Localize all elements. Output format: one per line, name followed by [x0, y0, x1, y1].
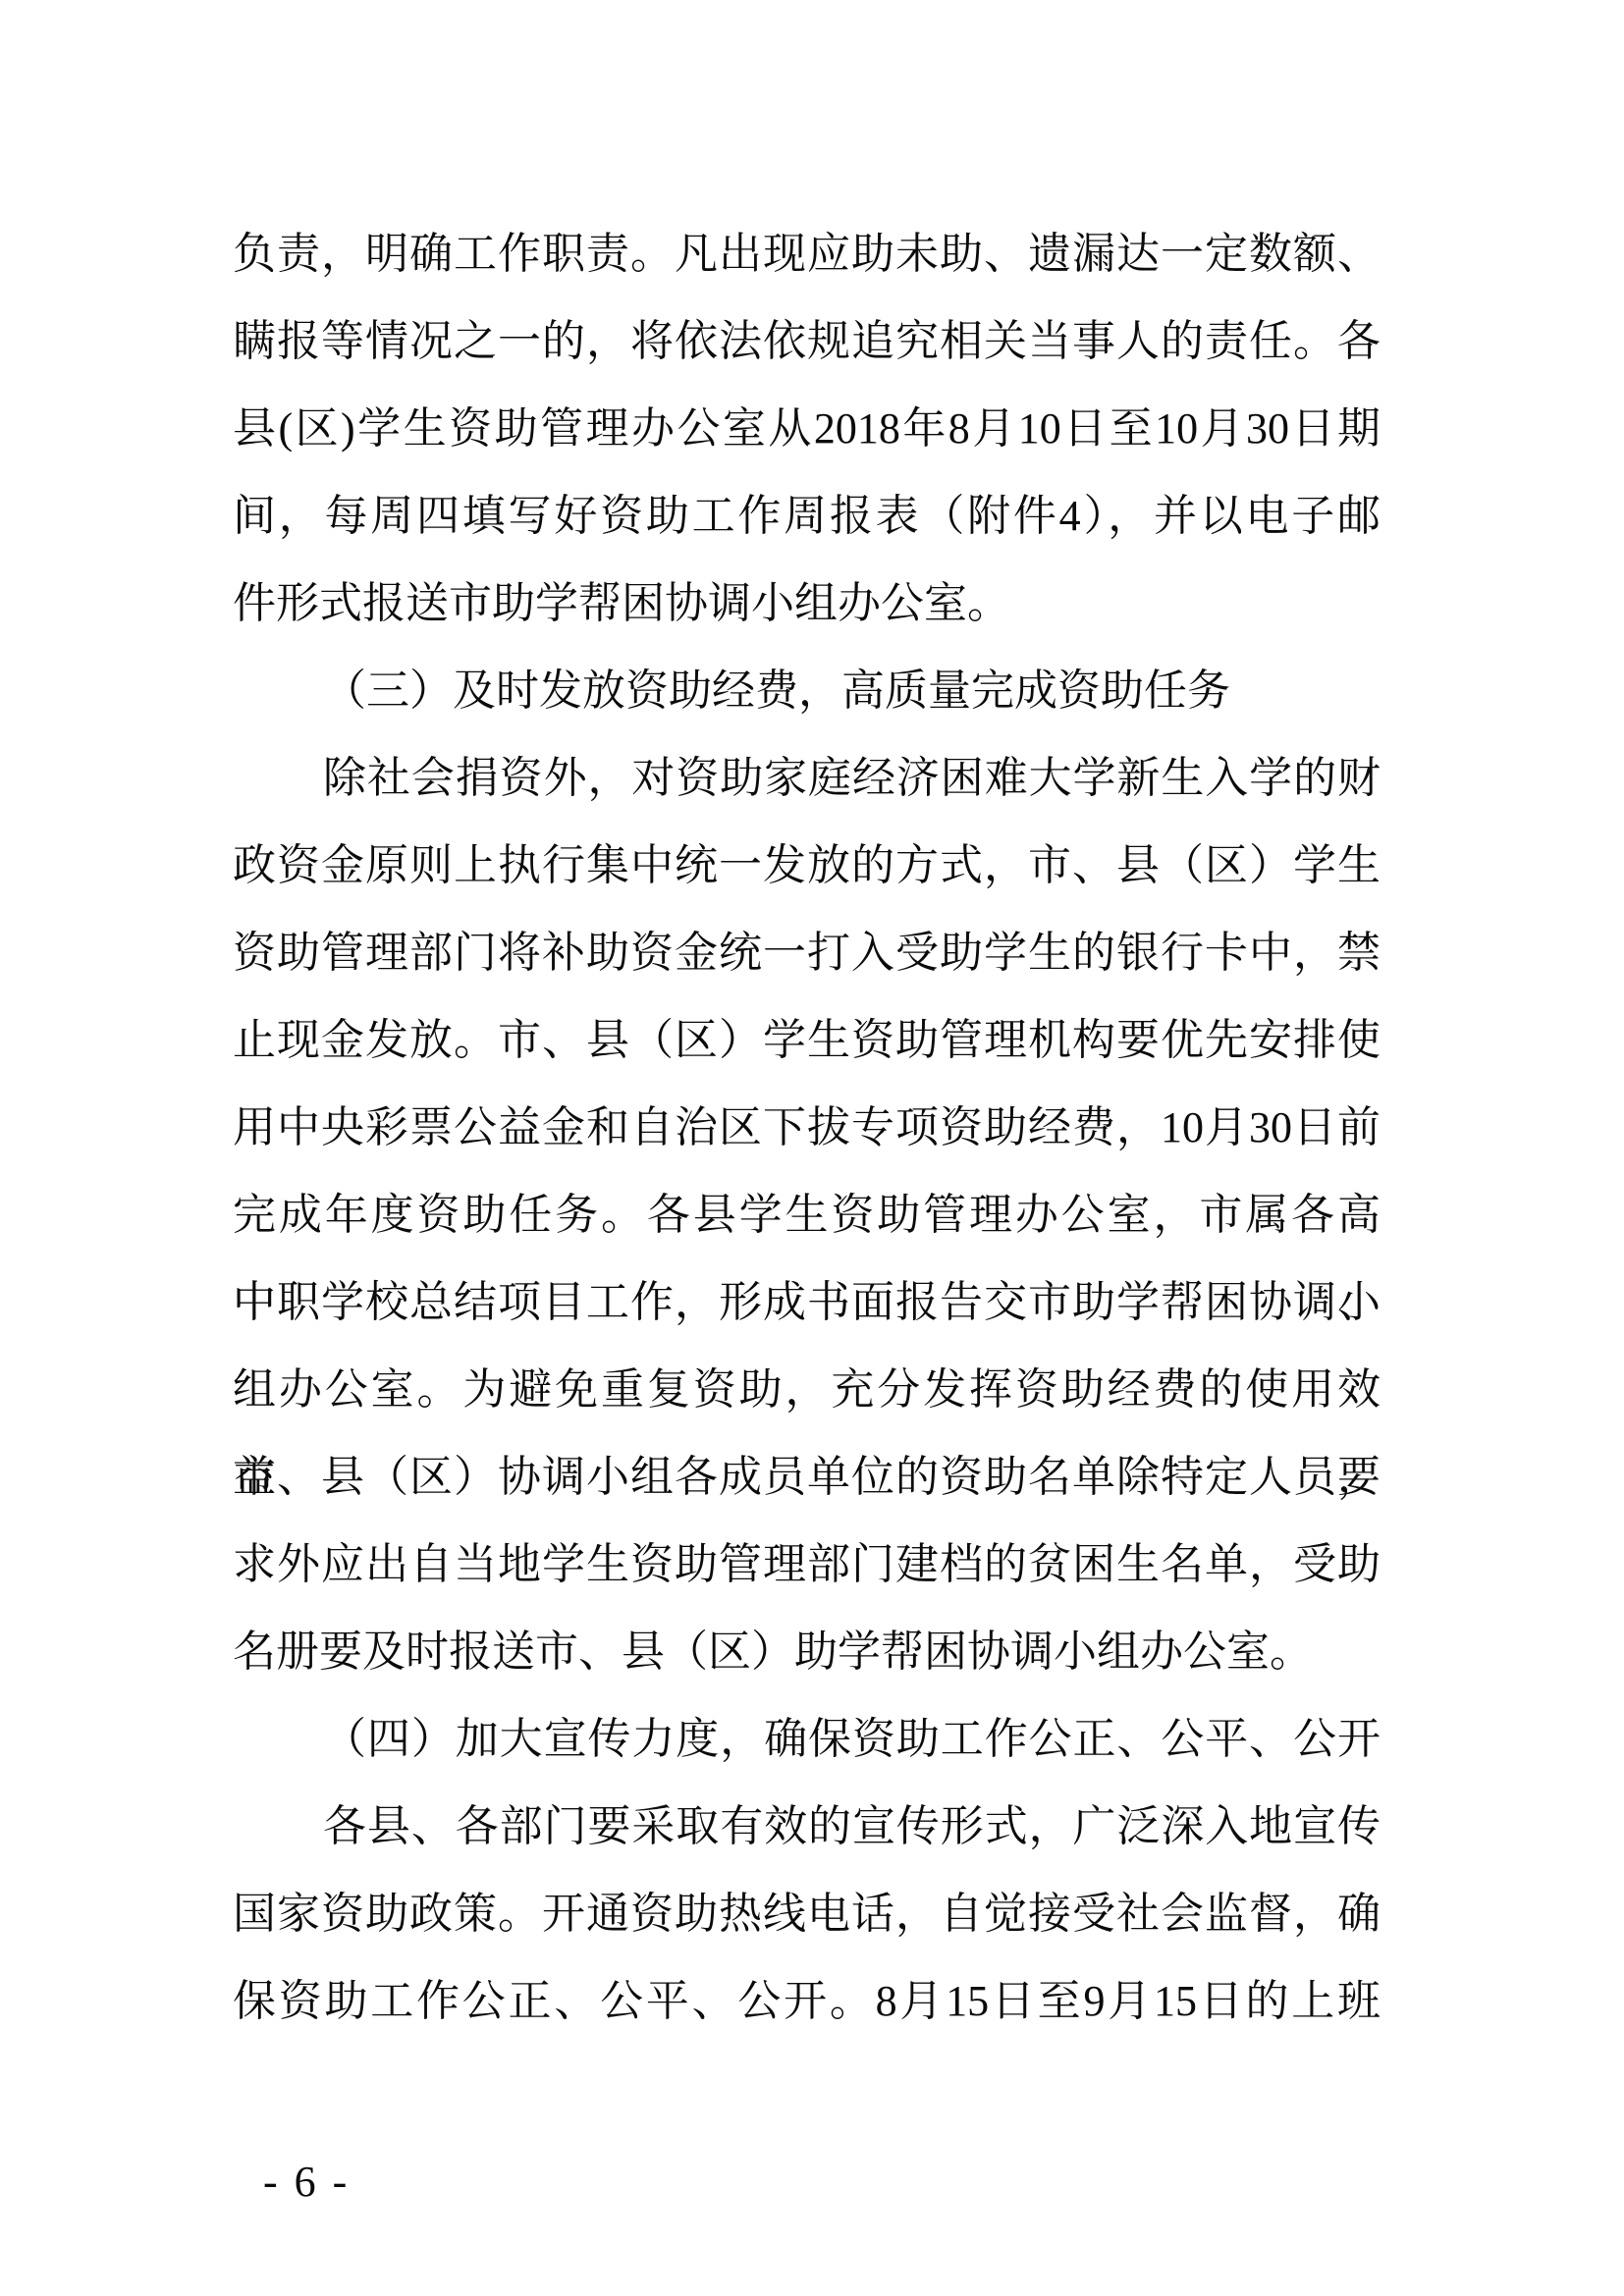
text-line: 中职学校总结项目工作，形成书面报告交市助学帮困协调小 — [233, 1258, 1380, 1346]
text-line: 求外应出自当地学生资助管理部门建档的贫困生名单，受助 — [233, 1521, 1380, 1608]
text-line: 政资金原则上执行集中统一发放的方式，市、县（区）学生 — [233, 822, 1380, 909]
text-line: 瞒报等情况之一的，将依法依规追究相关当事人的责任。各 — [233, 297, 1380, 385]
section-heading-3: （三）及时发放资助经费，高质量完成资助任务 — [233, 647, 1380, 734]
text-line: 县(区)学生资助管理办公室从2018年8月10日至10月30日期 — [233, 385, 1380, 472]
text-line: 国家资助政策。开通资助热线电话，自觉接受社会监督，确 — [233, 1870, 1380, 1957]
text-line: 名册要及时报送市、县（区）助学帮困协调小组办公室。 — [233, 1608, 1380, 1695]
text-line: 组办公室。为避免重复资助，充分发挥资助经费的使用效益， — [233, 1346, 1380, 1433]
text-line: 止现金发放。市、县（区）学生资助管理机构要优先安排使 — [233, 996, 1380, 1084]
text-line: 间，每周四填写好资助工作周报表（附件4），并以电子邮 — [233, 472, 1380, 560]
text-line: 资助管理部门将补助资金统一打入受助学生的银行卡中，禁 — [233, 909, 1380, 996]
text-line: 完成年度资助任务。各县学生资助管理办公室，市属各高中、 — [233, 1171, 1380, 1258]
document-page: 负责，明确工作职责。凡出现应助未助、遗漏达一定数额、 瞒报等情况之一的，将依法依… — [0, 0, 1624, 2296]
page-number: - 6 - — [263, 2153, 350, 2212]
section-heading-4: （四）加大宣传力度，确保资助工作公正、公平、公开 — [233, 1695, 1380, 1783]
text-line: 负责，明确工作职责。凡出现应助未助、遗漏达一定数额、 — [233, 210, 1380, 297]
text-line: 件形式报送市助学帮困协调小组办公室。 — [233, 560, 1380, 647]
document-text-block: 负责，明确工作职责。凡出现应助未助、遗漏达一定数额、 瞒报等情况之一的，将依法依… — [233, 210, 1380, 2045]
text-line: 保资助工作公正、公平、公开。8月15日至9月15日的上班 — [233, 1957, 1380, 2045]
text-line: 市、县（区）协调小组各成员单位的资助名单除特定人员要 — [233, 1433, 1380, 1521]
text-line: 各县、各部门要采取有效的宣传形式，广泛深入地宣传 — [233, 1783, 1380, 1870]
text-line: 除社会捐资外，对资助家庭经济困难大学新生入学的财 — [233, 734, 1380, 822]
text-line: 用中央彩票公益金和自治区下拔专项资助经费，10月30日前 — [233, 1084, 1380, 1171]
